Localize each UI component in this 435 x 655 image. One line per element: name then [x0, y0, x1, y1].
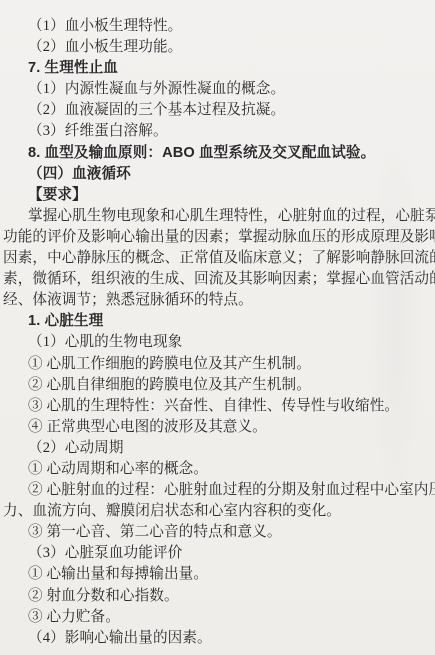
text-line: ④ 正常典型心电图的波形及其意义。	[0, 417, 435, 438]
text-line: 掌握心肌生物电现象和心肌生理特性，心脏射血的过程，心脏泵血	[0, 206, 435, 227]
text-line: ③ 心肌的生理特性：兴奋性、自律性、传导性与收缩性。	[0, 396, 435, 417]
text-line: ③ 心力贮备。	[0, 607, 435, 628]
text-line: 7. 生理性止血	[0, 58, 435, 79]
text-line: ③ 第一心音、第二心音的特点和意义。	[0, 522, 435, 543]
text-line: ① 心动周期和心率的概念。	[0, 459, 435, 480]
document-page: （1）血小板生理特性。（2）血小板生理功能。7. 生理性止血（1）内源性凝血与外…	[0, 0, 435, 655]
text-line: 1. 心脏生理	[0, 311, 435, 332]
text-line: （2）心动周期	[0, 438, 435, 459]
text-line: ② 心脏射血的过程：心脏射血过程的分期及射血过程中心室内压	[0, 480, 435, 501]
text-line: 【要求】	[0, 185, 435, 206]
text-line: ② 射血分数和心指数。	[0, 586, 435, 607]
text-line: （3）纤维蛋白溶解。	[0, 121, 435, 142]
text-line: （1）血小板生理特性。	[0, 16, 435, 37]
text-line: ① 心输出量和每搏输出量。	[0, 564, 435, 585]
text-line: 素，微循环，组织液的生成、回流及其影响因素；掌握心血管活动的神	[0, 269, 435, 290]
text-line: 经、体液调节；熟悉冠脉循环的特点。	[0, 290, 435, 311]
text-line: （1）心肌的生物电现象	[0, 332, 435, 353]
text-line: （4）影响心输出量的因素。	[0, 628, 435, 649]
text-line: 8. 血型及输血原则：ABO 血型系统及交叉配血试验。	[0, 143, 435, 164]
text-line: （四）血液循环	[0, 164, 435, 185]
document-lines: （1）血小板生理特性。（2）血小板生理功能。7. 生理性止血（1）内源性凝血与外…	[0, 16, 435, 649]
text-line: （2）血小板生理功能。	[0, 37, 435, 58]
text-line: （1）内源性凝血与外源性凝血的概念。	[0, 79, 435, 100]
text-line: （3）心脏泵血功能评价	[0, 543, 435, 564]
text-line: 力、血流方向、瓣膜闭启状态和心室内容积的变化。	[0, 501, 435, 522]
text-line: （2）血液凝固的三个基本过程及抗凝。	[0, 100, 435, 121]
text-line: ① 心肌工作细胞的跨膜电位及其产生机制。	[0, 354, 435, 375]
text-line: 功能的评价及影响心输出量的因素；掌握动脉血压的形成原理及影响	[0, 227, 435, 248]
text-line: ② 心肌自律细胞的跨膜电位及其产生机制。	[0, 375, 435, 396]
text-line: 因素，中心静脉压的概念、正常值及临床意义；了解影响静脉回流的因	[0, 248, 435, 269]
